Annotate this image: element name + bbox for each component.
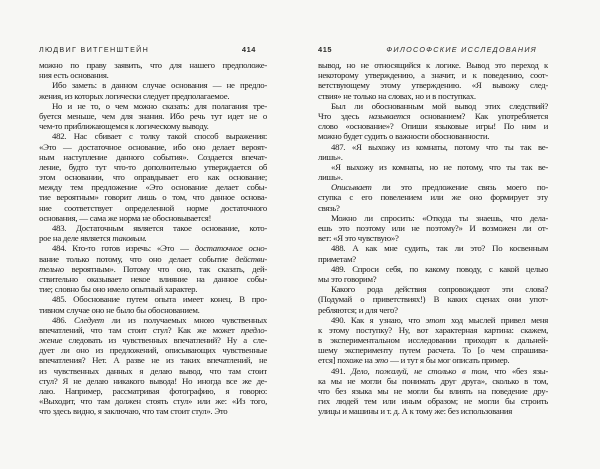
running-header-right: 415 ФИЛОСОФСКИЕ ИССЛЕДОВАНИЯ xyxy=(318,45,548,54)
text-line: лишь». xyxy=(318,152,548,162)
text-line: слово «основание»? Опиши языковые игры! … xyxy=(318,121,548,131)
text-line: можно по праву заявить, что для нашего п… xyxy=(39,60,267,70)
text-line: ние соответствует определенной норме дос… xyxy=(39,203,267,213)
text-line: 486. Следует ли из получаемых мною чувст… xyxy=(39,315,267,325)
book-spread: ЛЮДВИГ ВИТГЕНШТЕЙН 414 можно по праву за… xyxy=(0,0,600,469)
text-line: приметам? xyxy=(318,254,548,264)
text-line: 483. Достаточным является такое основани… xyxy=(39,223,267,233)
text-line: 489. Спроси себя, по какому поводу, с ка… xyxy=(318,264,548,274)
text-line: Описывает ли это предложение связь моего… xyxy=(318,182,548,192)
text-line: «Я выхожу из комнаты, но не потому, что … xyxy=(318,162,548,172)
text-line: Что здесь называется основанием? Как упо… xyxy=(318,111,548,121)
book-title: ФИЛОСОФСКИЕ ИССЛЕДОВАНИЯ xyxy=(386,45,537,54)
text-line: вет: «Я это чувствую»? xyxy=(318,233,548,243)
text-line: мы это говорим? xyxy=(318,274,548,284)
page-text-left: можно по праву заявить, что для нашего п… xyxy=(39,60,267,417)
text-line: из чувственных данных я делаю вывод, что… xyxy=(39,366,267,376)
author-name: ЛЮДВИГ ВИТГЕНШТЕЙН xyxy=(39,45,149,54)
text-line: вывод, но не относящийся к логике. Вывод… xyxy=(318,60,548,70)
text-line: 485. Обоснование путем опыта имеет конец… xyxy=(39,294,267,304)
text-line: вание только потому, что оно делает собы… xyxy=(39,254,267,264)
text-line: что здесь видно, я заключаю, что там сто… xyxy=(39,406,267,416)
text-line: (Подумай о приветствиях!) В каких сценах… xyxy=(318,294,548,304)
text-line: тельно вероятным». Потому что оно, так с… xyxy=(39,264,267,274)
text-line: 491. Дело, пожалуй, не столько в том, чт… xyxy=(318,366,548,376)
text-line: ния есть основания. xyxy=(39,70,267,80)
text-line: ребляются; и для чего? xyxy=(318,305,548,315)
text-line: буется меньше, чем для знания. Ибо речь … xyxy=(39,111,267,121)
text-line: Но и не то, о чем можно сказать: для пол… xyxy=(39,101,267,111)
text-line: к этому поступку? Ну, вот характерная ка… xyxy=(318,325,548,335)
text-line: 488. А как мне судить, так ли это? По ко… xyxy=(318,243,548,253)
left-page: ЛЮДВИГ ВИТГЕНШТЕЙН 414 можно по праву за… xyxy=(39,45,267,417)
text-line: дует ли оно из предложений, описывающих … xyxy=(39,345,267,355)
page-number-left: 414 xyxy=(242,45,256,54)
text-line: связь? xyxy=(318,203,548,213)
text-line: лаю. Например, рассматривая фотографию, … xyxy=(39,386,267,396)
running-header-left: ЛЮДВИГ ВИТГЕНШТЕЙН 414 xyxy=(39,45,267,54)
text-line: Был ли обоснованным мой вывод этих следс… xyxy=(318,101,548,111)
text-line: 482. Нас сбивает с толку такой способ вы… xyxy=(39,131,267,141)
text-line: жение следовать из чувственных впечатлен… xyxy=(39,335,267,345)
text-line: шему эксперименту путем расчета. То [о ч… xyxy=(318,345,548,355)
text-line: «Это — достаточное основание, ибо оно де… xyxy=(39,142,267,152)
text-line: ступка с его повелением или же оно форми… xyxy=(318,192,548,202)
text-line: жения, из которых логически следует пред… xyxy=(39,91,267,101)
text-line: ствительно оказывает некое влияние на да… xyxy=(39,274,267,284)
text-line: Ибо заметь: в данном случае основания — … xyxy=(39,80,267,90)
text-line: «Выходит, что там должен стоять стул» ил… xyxy=(39,396,267,406)
text-line: стул? Я не делаю никакого вывода! Но ино… xyxy=(39,376,267,386)
text-line: лишь». xyxy=(318,172,548,182)
text-line: между тем предложение «Это основание дел… xyxy=(39,182,267,192)
text-line: что без языка мы не могли бы влиять на п… xyxy=(318,386,548,396)
text-line: можно будет судить о важности обоснованн… xyxy=(318,131,548,141)
text-line: 487. «Я выхожу из комнаты, потому что ты… xyxy=(318,142,548,152)
text-line: 490. Как я узнаю, что этот ход мыслей пр… xyxy=(318,315,548,325)
text-line: чем-то приближающемся к логическому выво… xyxy=(39,121,267,131)
text-line: этом основании, что оправдывает его как … xyxy=(39,172,267,182)
text-line: впечатления? Нет. А разве не из таких вп… xyxy=(39,355,267,365)
text-line: ствия» не только на словах, но и в посту… xyxy=(318,91,548,101)
text-line: ется] похоже на это — и тут я бы мог опи… xyxy=(318,355,548,365)
text-line: улицы и машины и т. д. А к тому же: без … xyxy=(318,406,548,416)
text-line: рое на деле является таковым. xyxy=(39,233,267,243)
text-line: тивном случае оно не было бы обоснование… xyxy=(39,305,267,315)
right-page: 415 ФИЛОСОФСКИЕ ИССЛЕДОВАНИЯ вывод, но н… xyxy=(318,45,548,417)
text-line: тие вероятным» говорит лишь о том, что д… xyxy=(39,192,267,202)
page-number-right: 415 xyxy=(318,45,332,54)
text-line: тие; словно бы оно имело опытный характе… xyxy=(39,284,267,294)
text-line: ление, будто тут что-то дополнительно ут… xyxy=(39,162,267,172)
text-line: в экспериментальном исследовании приходя… xyxy=(318,335,548,345)
text-line: гих людей тем или иным образом; не могли… xyxy=(318,396,548,406)
page-text-right: вывод, но не относящийся к логике. Вывод… xyxy=(318,60,548,417)
text-line: основания, — сама же норма не обосновыва… xyxy=(39,213,267,223)
text-line: некоторому утверждению, а значит, и к по… xyxy=(318,70,548,80)
text-line: ным наступление данного события». Создае… xyxy=(39,152,267,162)
text-line: Можно ли спросить: «Откуда ты знаешь, чт… xyxy=(318,213,548,223)
text-line: 484. Кто-то готов изречь: «Это — достато… xyxy=(39,243,267,253)
text-line: Какого рода действия сопровождают эти сл… xyxy=(318,284,548,294)
text-line: ешь это поэтому или не поэтому?» И возмо… xyxy=(318,223,548,233)
text-line: ка мы не могли бы понимать друг друга», … xyxy=(318,376,548,386)
text-line: впечатлений, что там стоит стул? Как же … xyxy=(39,325,267,335)
text-line: ветствующему этому утверждению. «Я вывож… xyxy=(318,80,548,90)
